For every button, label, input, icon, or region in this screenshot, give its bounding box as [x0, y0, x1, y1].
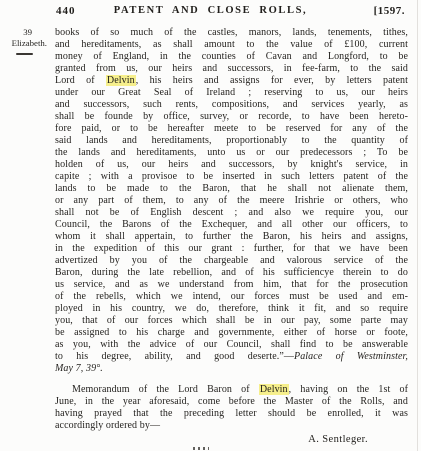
highlighted-term: Delvin: [106, 75, 136, 86]
scan-edge-line: [417, 0, 418, 451]
text-segment: lands to be made to the Baron, that he s…: [55, 183, 408, 194]
paragraph: books of so much of the castles, manors,…: [55, 27, 408, 375]
text-segment: or any part of them, to any of the meere…: [55, 195, 408, 206]
text-segment: ployed in his country, we do, therefore,…: [55, 303, 408, 314]
text-line: Council, the Barons of the Exchequer, an…: [55, 219, 408, 231]
text-line: Lord of Delvin, his heirs and assigns fo…: [55, 75, 408, 87]
text-line: June, in the year aforesaid, come before…: [55, 396, 408, 408]
text-segment: Palace of Westminster,: [294, 351, 408, 362]
scanned-book-page: 440 PATENT AND CLOSE ROLLS, [1597. 39 El…: [0, 0, 421, 451]
text-line: holden of us, our heirs and successors, …: [55, 159, 408, 171]
text-segment: shall not be of English descent ; and al…: [55, 207, 408, 218]
text-segment: Baron, during the late rebellion, and of…: [55, 267, 408, 278]
text-line: and successors, such rents, compositions…: [55, 99, 408, 111]
text-line: in the expedition of this our grant : fu…: [55, 243, 408, 255]
text-line: having prayed that the preceding letter …: [55, 408, 408, 420]
text-segment: fore paid, or to be hereafter meete to b…: [55, 123, 408, 134]
page-bottom-cutoff-marks: [193, 447, 209, 450]
header-year: [1597.: [374, 5, 405, 17]
text-segment: whom it shall appertain, to further the …: [55, 231, 408, 242]
text-line: granted from us, our heirs and successor…: [55, 63, 408, 75]
text-line: you, that of our forces which shall be i…: [55, 315, 408, 327]
text-segment: advertized by you of the chargeable and …: [55, 255, 408, 266]
margin-note: 39 Elizabeth.: [2, 27, 47, 55]
text-segment: accordingly ordered by—: [55, 420, 160, 431]
text-line: fore paid, or to be hereafter meete to b…: [55, 123, 408, 135]
text-segment: shall be founde by office, survey, or re…: [55, 111, 408, 122]
text-line: Baron, during the late rebellion, and of…: [55, 267, 408, 279]
text-segment: , his heirs and assigns for ever, by let…: [136, 75, 408, 86]
text-line: said lands and hereditaments, proportion…: [55, 135, 408, 147]
text-line: May 7, 39°.: [55, 363, 408, 375]
text-segment: May 7, 39°.: [55, 363, 103, 374]
text-segment: be assigned to his charge and government…: [55, 327, 408, 338]
text-segment: under our Great Seal of Ireland ; reserv…: [55, 87, 408, 98]
text-line: shall be founde by office, survey, or re…: [55, 111, 408, 123]
running-title: PATENT AND CLOSE ROLLS,: [0, 5, 421, 16]
text-line: to his degree, ability, and good deserte…: [55, 351, 408, 363]
text-segment: and hereditaments, as shall amount to th…: [55, 39, 408, 50]
highlighted-term: Delvin: [259, 384, 289, 395]
text-segment: Memorandum of the Lord Baron of: [72, 384, 259, 395]
text-segment: money of England, in the counties of Cav…: [55, 51, 408, 62]
text-line: capite ; with a provisoe to be inserted …: [55, 171, 408, 183]
text-line: under our Great Seal of Ireland ; reserv…: [55, 87, 408, 99]
text-line: and hereditaments, as shall amount to th…: [55, 39, 408, 51]
text-segment: the lands and hereditaments, unto us or …: [55, 147, 408, 158]
text-segment: holden of us, our heirs and successors, …: [55, 159, 408, 170]
text-line: as you, with the advice of our Council, …: [55, 339, 408, 351]
text-segment: as you, with the advice of our Council, …: [55, 339, 408, 350]
text-segment: having prayed that the preceding letter …: [55, 408, 408, 419]
text-line: books of so much of the castles, manors,…: [55, 27, 408, 39]
text-line: advertized by you of the chargeable and …: [55, 255, 408, 267]
text-segment: said lands and hereditaments, proportion…: [55, 135, 408, 146]
text-segment: of the rebells, which we intend, our for…: [55, 291, 408, 302]
text-line: of the rebells, which we intend, our for…: [55, 291, 408, 303]
text-segment: capite ; with a provisoe to be inserted …: [55, 171, 408, 182]
text-segment: Lord of: [55, 75, 106, 86]
text-line: whom it shall appertain, to further the …: [55, 231, 408, 243]
text-segment: , having on the 1st of: [289, 384, 408, 395]
text-segment: and successors, such rents, compositions…: [55, 99, 408, 110]
text-line: or any part of them, to any of the meere…: [55, 195, 408, 207]
text-segment: June, in the year aforesaid, come before…: [55, 396, 408, 407]
text-segment: Council, the Barons of the Exchequer, an…: [55, 219, 408, 230]
text-segment: books of so much of the castles, manors,…: [55, 27, 408, 38]
text-line: us service, and as we understand from hi…: [55, 279, 408, 291]
letter-body-text: books of so much of the castles, manors,…: [55, 27, 408, 432]
paragraph: Memorandum of the Lord Baron of Delvin, …: [55, 384, 408, 432]
signature: A. Sentleger.: [55, 434, 408, 446]
text-line: the lands and hereditaments, unto us or …: [55, 147, 408, 159]
text-line: Memorandum of the Lord Baron of Delvin, …: [55, 384, 408, 396]
text-line: lands to be made to the Baron, that he s…: [55, 183, 408, 195]
text-segment: us service, and as we understand from hi…: [55, 279, 408, 290]
text-line: accordingly ordered by—: [55, 420, 408, 432]
text-line: ployed in his country, we do, therefore,…: [55, 303, 408, 315]
text-line: shall not be of English descent ; and al…: [55, 207, 408, 219]
margin-monarch: Elizabeth.: [2, 38, 47, 49]
text-segment: to his degree, ability, and good deserte…: [55, 351, 294, 362]
text-line: money of England, in the counties of Cav…: [55, 51, 408, 63]
margin-rule: [16, 53, 33, 55]
signature-holder: A. Sentleger.: [55, 432, 408, 446]
text-segment: in the expedition of this our grant : fu…: [55, 243, 408, 254]
text-segment: granted from us, our heirs and successor…: [55, 63, 408, 74]
running-header: 440 PATENT AND CLOSE ROLLS, [1597.: [0, 5, 421, 19]
margin-regnal-year: 39: [2, 27, 47, 38]
text-segment: you, that of our forces which shall be i…: [55, 315, 408, 326]
text-line: be assigned to his charge and government…: [55, 327, 408, 339]
